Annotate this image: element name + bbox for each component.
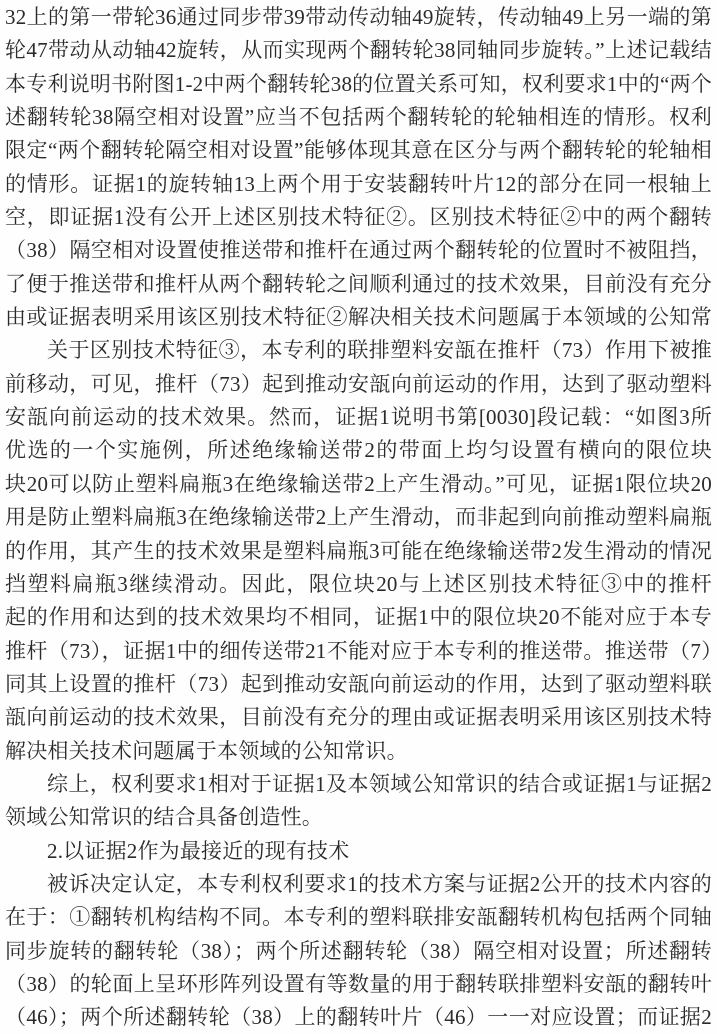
text-line: 前移动，可见，推杆（73）起到推动安瓿向前运动的作用，达到了驱动塑料联排 <box>5 368 712 401</box>
text-line: 空，即证据1没有公开上述区别技术特征②。区别技术特征②中的两个翻转轮 <box>5 201 712 234</box>
text-line: 限定“两个翻转轮隔空相对设置”能够体现其意在区分与两个翻转轮的轮轴相连 <box>5 134 712 167</box>
text-line: （46）；两个所述翻转轮（38）上的翻转叶片（46）一一对应设置；而证据2未公 <box>5 1001 712 1034</box>
text-line: 瓿向前运动的技术效果，目前没有充分的理由或证据表明采用该区别技术特征③ <box>5 701 712 734</box>
document-page: 32上的第一带轮36通过同步带39带动传动轴49旋转，传动轴49上另一端的第二带… <box>0 0 717 1034</box>
text-line: 解决相关技术问题属于本领域的公知常识。 <box>5 735 712 768</box>
text-line: 块20可以防止塑料扁瓶3在绝缘输送带2上产生滑动。”可见，证据1限位块20的作 <box>5 468 712 501</box>
text-line: 在于：①翻转机构结构不同。本专利的塑料联排安瓿翻转机构包括两个同轴设置 <box>5 901 712 934</box>
text-line: 32上的第一带轮36通过同步带39带动传动轴49旋转，传动轴49上另一端的第二带 <box>5 1 712 34</box>
text-line: 了便于推送带和推杆从两个翻转轮之间顺利通过的技术效果，目前没有充分的理 <box>5 268 712 301</box>
text-line: 由或证据表明采用该区别技术特征②解决相关技术问题属于本领域的公知常识。 <box>5 301 712 334</box>
text-line: 推杆（73），证据1中的细传送带21不能对应于本专利的推送带。推送带（7）连 <box>5 635 712 668</box>
text-line: 优选的一个实施例，所述绝缘输送带2的带面上均匀设置有横向的限位块20。限位 <box>5 434 712 467</box>
text-line: 用是防止塑料扁瓶3在绝缘输送带2上产生滑动，而非起到向前推动塑料扁瓶3运动 <box>5 501 712 534</box>
text-line: 被诉决定认定，本专利权利要求1的技术方案与证据2公开的技术内容的区别 <box>5 868 712 901</box>
text-line: 关于区别技术特征③，本专利的联排塑料安瓿在推杆（73）作用下被推动向 <box>5 334 712 367</box>
text-line: 2.以证据2作为最接近的现有技术 <box>5 835 712 868</box>
text-line: 同其上设置的推杆（73）起到推动安瓿向前运动的作用，达到了驱动塑料联排安 <box>5 668 712 701</box>
text-line: 同步旋转的翻转轮（38）；两个所述翻转轮（38）隔空相对设置；所述翻转轮 <box>5 935 712 968</box>
text-line: 领域公知常识的结合具备创造性。 <box>5 801 712 834</box>
text-line: （38）的轮面上呈环形阵列设置有等数量的用于翻转联排塑料安瓿的翻转叶片 <box>5 968 712 1001</box>
text-line: （38）隔空相对设置使推送带和推杆在通过两个翻转轮的位置时不被阻挡，达到 <box>5 234 712 267</box>
text-line: 的情形。证据1的旋转轴13上两个用于安装翻转叶片12的部分在同一根轴上并非隔 <box>5 168 712 201</box>
text-line: 安瓿向前运动的技术效果。然而，证据1说明书第[0030]段记载：“如图3所示， <box>5 401 712 434</box>
text-line: 挡塑料扁瓶3继续滑动。因此，限位块20与上述区别技术特征③中的推杆（73）所 <box>5 568 712 601</box>
text-line: 的作用，其产生的技术效果是塑料扁瓶3可能在绝缘输送带2发生滑动的情况下阻 <box>5 535 712 568</box>
text-line: 述翻转轮38隔空相对设置”应当不包括两个翻转轮的轮轴相连的情形。权利要求1 <box>5 101 712 134</box>
text-line: 综上，权利要求1相对于证据1及本领域公知常识的结合或证据1与证据2及本 <box>5 768 712 801</box>
text-line: 起的作用和达到的技术效果均不相同，证据1中的限位块20不能对应于本专利中的 <box>5 601 712 634</box>
text-line: 本专利说明书附图1-2中两个翻转轮38的位置关系可知，权利要求1中的“两个所 <box>5 68 712 101</box>
text-line: 轮47带动从动轴42旋转，从而实现两个翻转轮38同轴同步旋转。”上述记载结合 <box>5 34 712 67</box>
